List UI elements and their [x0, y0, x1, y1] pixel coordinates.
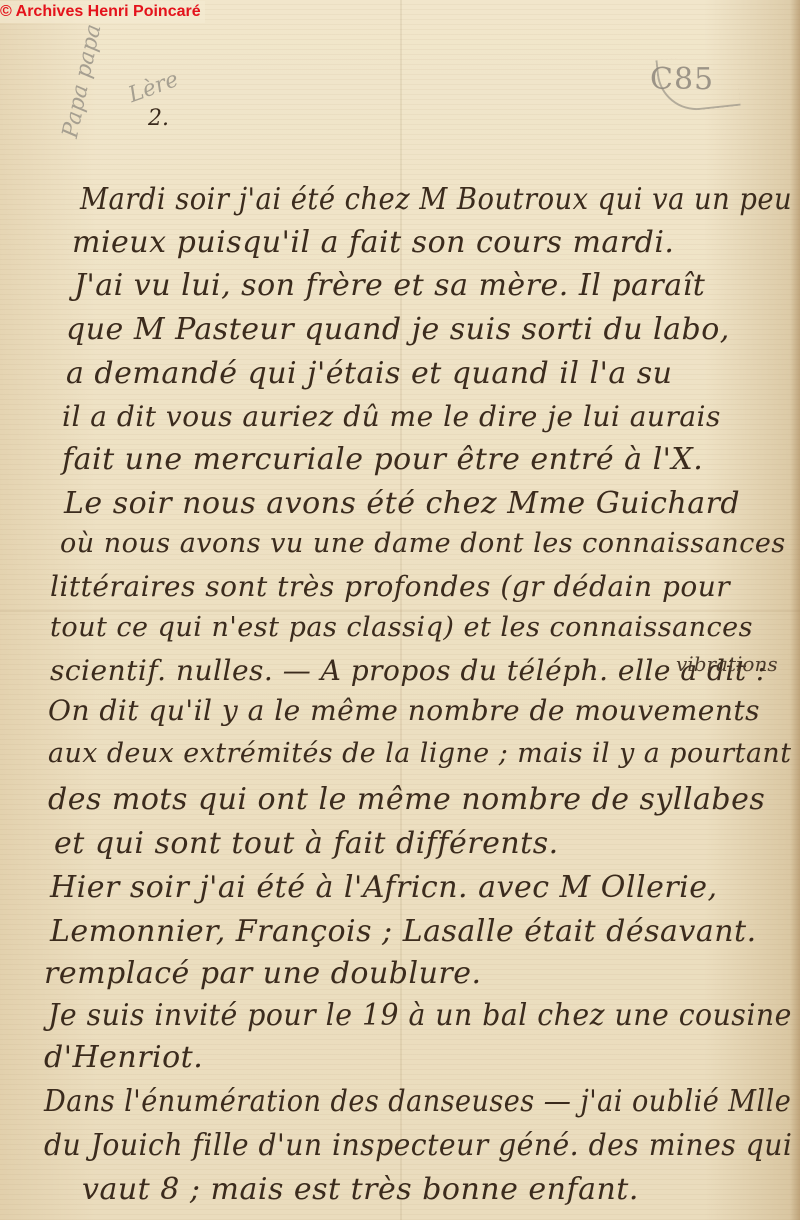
letter-line: remplacé par une doublure.: [44, 956, 482, 991]
letter-line: où nous avons vu une dame dont les conna…: [60, 528, 786, 559]
letter-line: a demandé qui j'étais et quand il l'a su: [66, 356, 672, 391]
letter-line: du Jouich fille d'un inspecteur géné. de…: [44, 1128, 792, 1163]
letter-line: des mots qui ont le même nombre de sylla…: [48, 782, 765, 817]
letter-line: On dit qu'il y a le même nombre de mouve…: [48, 694, 760, 727]
letter-line: Je suis invité pour le 19 à un bal chez …: [48, 998, 792, 1033]
letter-line: vaut 8 ; mais est très bonne enfant.: [82, 1172, 639, 1207]
letter-line: Hier soir j'ai été à l'Africn. avec M Ol…: [50, 870, 718, 905]
letter-line: et qui sont tout à fait différents.: [54, 826, 559, 861]
letter-line: tout ce qui n'est pas classiq) et les co…: [50, 612, 753, 643]
letter-line: aux deux extrémités de la ligne ; mais i…: [48, 738, 791, 769]
letter-line: Dans l'énumération des danseuses — j'ai …: [44, 1084, 791, 1119]
letter-line: scientif. nulles. — A propos du téléph. …: [50, 654, 766, 687]
handwritten-letter: Mardi soir j'ai été chez M Boutroux qui …: [0, 0, 800, 1220]
letter-line: fait une mercuriale pour être entré à l'…: [62, 442, 703, 477]
letter-line: Le soir nous avons été chez Mme Guichard: [64, 486, 740, 521]
letter-line: littéraires sont très profondes (gr déda…: [50, 570, 730, 603]
letter-line: mieux puisqu'il a fait son cours mardi.: [72, 225, 674, 260]
letter-line: Mardi soir j'ai été chez M Boutroux qui …: [80, 182, 792, 217]
letter-line: que M Pasteur quand je suis sorti du lab…: [66, 312, 730, 347]
letter-line: J'ai vu lui, son frère et sa mère. Il pa…: [74, 268, 705, 303]
letter-line: d'Henriot.: [44, 1040, 203, 1075]
interlinear-correction-vibrations: vibrations: [676, 652, 778, 676]
letter-line: Lemonnier, François ; Lasalle était désa…: [50, 914, 757, 949]
letter-line: il a dit vous auriez dû me le dire je lu…: [62, 400, 721, 433]
